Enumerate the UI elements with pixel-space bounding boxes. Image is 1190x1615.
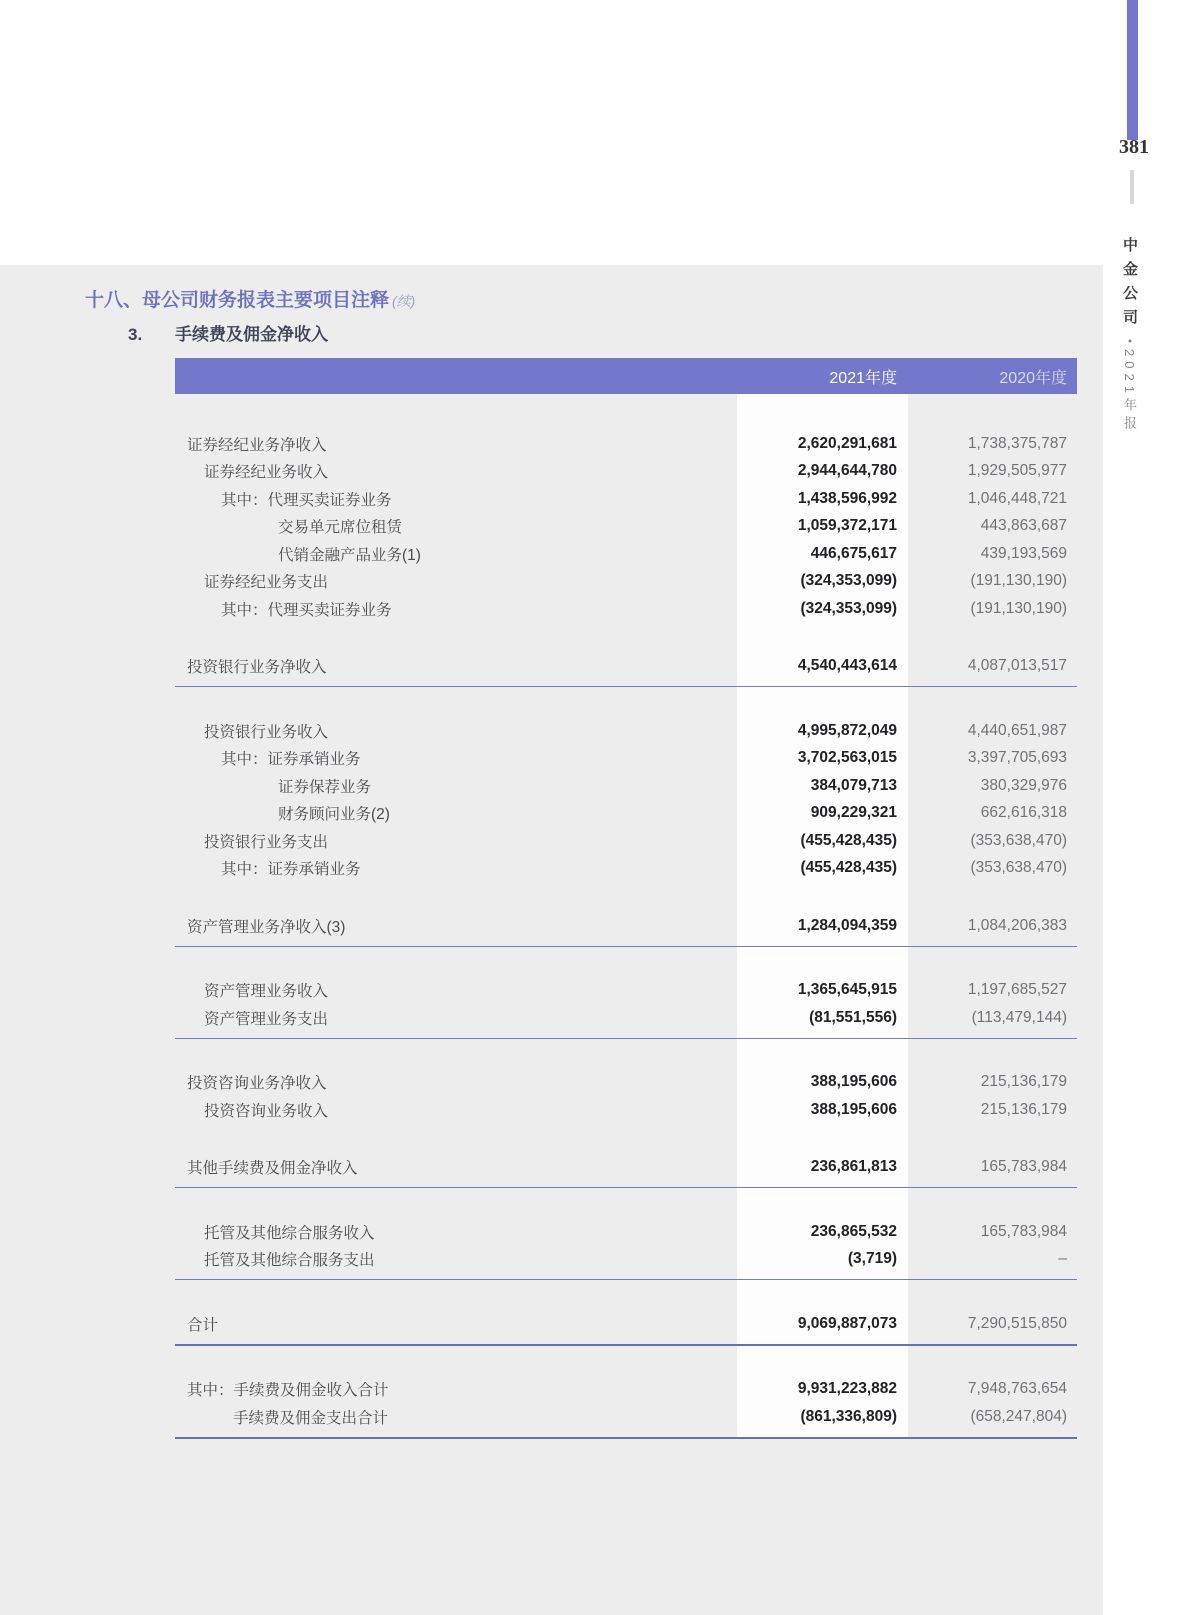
row-label: 其他手续费及佣金净收入	[175, 1156, 737, 1178]
chapter-title-text: 十八、母公司财务报表主要项目注释	[85, 290, 389, 311]
table-row: 交易单元席位租赁 1,059,372,171 443,863,687	[175, 513, 1077, 541]
row-label: 投资银行业务净收入	[175, 655, 737, 677]
value-2021: (455,428,435)	[737, 832, 908, 850]
column-header-2020: 2020年度	[908, 365, 1077, 388]
value-2021: 388,195,606	[737, 1073, 908, 1091]
row-label: 证券经纪业务净收入	[175, 433, 737, 455]
table-row: 投资咨询业务净收入 388,195,606 215,136,179	[175, 1069, 1077, 1097]
value-2021: 2,620,291,681	[737, 435, 908, 453]
page-number: 381	[1108, 136, 1160, 159]
row-label: 合计	[175, 1313, 737, 1335]
table-section: 资产管理业务收入 1,365,645,915 1,197,685,527 资产管…	[175, 977, 1077, 1032]
value-2021: (861,336,809)	[737, 1408, 908, 1426]
value-2021: 1,059,372,171	[737, 517, 908, 535]
value-2021: (3,719)	[737, 1250, 908, 1268]
top-accent-bar	[1127, 0, 1138, 140]
row-label: 证券经纪业务支出	[175, 570, 737, 592]
row-label: 其中：代理买卖证券业务	[175, 598, 737, 620]
value-2021: 9,069,887,073	[737, 1315, 908, 1333]
table-row: 合计 9,069,887,073 7,290,515,850	[175, 1310, 1077, 1338]
chapter-continued-label: (续)	[392, 293, 415, 309]
table-section: 投资银行业务净收入 4,540,443,614 4,087,013,517	[175, 653, 1077, 681]
report-edition: 2021年报	[1120, 349, 1139, 434]
value-2021: (81,551,556)	[737, 1009, 908, 1027]
value-2020: (113,479,144)	[908, 1009, 1077, 1027]
table-rule	[175, 1279, 1077, 1280]
table-section: 投资咨询业务净收入 388,195,606 215,136,179 投资咨询业务…	[175, 1069, 1077, 1124]
table-row: 证券保荐业务 384,079,713 380,329,976	[175, 772, 1077, 800]
table-row: 资产管理业务净收入(3) 1,284,094,359 1,084,206,383	[175, 912, 1077, 940]
value-2020: 1,929,505,977	[908, 462, 1077, 480]
row-label: 其中：证券承销业务	[175, 747, 737, 769]
value-2020: 165,783,984	[908, 1158, 1077, 1176]
value-2020: 443,863,687	[908, 517, 1077, 535]
table-row: 托管及其他综合服务支出 (3,719) –	[175, 1246, 1077, 1274]
table-row: 其中：代理买卖证券业务 (324,353,099) (191,130,190)	[175, 595, 1077, 623]
value-2021: (324,353,099)	[737, 600, 908, 618]
value-2021: 3,702,563,015	[737, 749, 908, 767]
table-row: 代销金融产品业务(1) 446,675,617 439,193,569	[175, 540, 1077, 568]
table-row: 其中：手续费及佣金收入合计 9,931,223,882 7,948,763,65…	[175, 1376, 1077, 1404]
table-row: 证券经纪业务支出 (324,353,099) (191,130,190)	[175, 568, 1077, 596]
row-label: 代销金融产品业务(1)	[175, 543, 737, 565]
section-heading: 3.手续费及佣金净收入	[128, 320, 328, 345]
value-2020: 1,738,375,787	[908, 435, 1077, 453]
value-2020: (191,130,190)	[908, 572, 1077, 590]
side-caption: 中金公司 • 2021年报	[1119, 237, 1140, 537]
dot-separator: •	[1124, 333, 1136, 349]
table-rule	[175, 686, 1077, 687]
row-label: 其中：手续费及佣金收入合计	[175, 1378, 737, 1400]
row-label: 其中：证券承销业务	[175, 857, 737, 879]
table-row: 资产管理业务收入 1,365,645,915 1,197,685,527	[175, 977, 1077, 1005]
row-label: 投资银行业务收入	[175, 720, 737, 742]
value-2020: 165,783,984	[908, 1223, 1077, 1241]
value-2021: (324,353,099)	[737, 572, 908, 590]
chapter-title: 十八、母公司财务报表主要项目注释(续)	[85, 285, 415, 312]
value-2021: 2,944,644,780	[737, 462, 908, 480]
value-2020: 439,193,569	[908, 545, 1077, 563]
value-2021: 388,195,606	[737, 1101, 908, 1119]
value-2021: (455,428,435)	[737, 859, 908, 877]
section-title: 手续费及佣金净收入	[175, 325, 328, 344]
table-row: 证券经纪业务收入 2,944,644,780 1,929,505,977	[175, 458, 1077, 486]
table-section: 合计 9,069,887,073 7,290,515,850	[175, 1310, 1077, 1338]
table-row: 投资银行业务净收入 4,540,443,614 4,087,013,517	[175, 653, 1077, 681]
value-2021: 384,079,713	[737, 777, 908, 795]
table-section: 资产管理业务净收入(3) 1,284,094,359 1,084,206,383	[175, 912, 1077, 940]
row-label: 投资咨询业务净收入	[175, 1071, 737, 1093]
row-label: 投资银行业务支出	[175, 830, 737, 852]
value-2020: 1,046,448,721	[908, 490, 1077, 508]
table-row: 手续费及佣金支出合计 (861,336,809) (658,247,804)	[175, 1403, 1077, 1431]
section-number: 3.	[128, 325, 175, 345]
table-row: 其中：代理买卖证券业务 1,438,596,992 1,046,448,721	[175, 485, 1077, 513]
value-2020: (658,247,804)	[908, 1408, 1077, 1426]
content-panel: 十八、母公司财务报表主要项目注释(续) 3.手续费及佣金净收入 2021年度 2…	[0, 265, 1103, 1615]
row-label: 托管及其他综合服务支出	[175, 1248, 737, 1270]
value-2021: 9,931,223,882	[737, 1380, 908, 1398]
value-2020: 1,197,685,527	[908, 981, 1077, 999]
table-rule	[175, 1344, 1077, 1346]
value-2020: (353,638,470)	[908, 859, 1077, 877]
table-rule	[175, 946, 1077, 947]
table-section: 投资银行业务收入 4,995,872,049 4,440,651,987 其中：…	[175, 717, 1077, 882]
table-rule	[175, 1187, 1077, 1188]
value-2021: 1,284,094,359	[737, 917, 908, 935]
table-row: 投资银行业务支出 (455,428,435) (353,638,470)	[175, 827, 1077, 855]
value-2020: –	[908, 1250, 1077, 1268]
brand-name: 中金公司	[1119, 237, 1140, 333]
table-row: 其他手续费及佣金净收入 236,861,813 165,783,984	[175, 1154, 1077, 1182]
value-2020: (353,638,470)	[908, 832, 1077, 850]
row-label: 证券经纪业务收入	[175, 460, 737, 482]
value-2020: 7,290,515,850	[908, 1315, 1077, 1333]
table-row: 托管及其他综合服务收入 236,865,532 165,783,984	[175, 1218, 1077, 1246]
table-body: 证券经纪业务净收入 2,620,291,681 1,738,375,787 证券…	[175, 430, 1077, 1439]
page-number-tick	[1130, 170, 1134, 204]
table-row: 其中：证券承销业务 (455,428,435) (353,638,470)	[175, 855, 1077, 883]
table-row: 投资银行业务收入 4,995,872,049 4,440,651,987	[175, 717, 1077, 745]
table-header-row: 2021年度 2020年度	[175, 358, 1077, 394]
table-row: 财务顾问业务(2) 909,229,321 662,616,318	[175, 800, 1077, 828]
value-2021: 236,865,532	[737, 1223, 908, 1241]
row-label: 资产管理业务收入	[175, 979, 737, 1001]
value-2020: 3,397,705,693	[908, 749, 1077, 767]
value-2020: 4,087,013,517	[908, 657, 1077, 675]
fee-commission-table: 2021年度 2020年度 证券经纪业务净收入 2,620,291,681 1,…	[175, 358, 1077, 1439]
value-2020: 215,136,179	[908, 1073, 1077, 1091]
value-2021: 4,540,443,614	[737, 657, 908, 675]
value-2021: 236,861,813	[737, 1158, 908, 1176]
table-rule	[175, 1437, 1077, 1439]
table-section: 托管及其他综合服务收入 236,865,532 165,783,984 托管及其…	[175, 1218, 1077, 1273]
row-label: 资产管理业务净收入(3)	[175, 915, 737, 937]
value-2020: 215,136,179	[908, 1101, 1077, 1119]
table-row: 资产管理业务支出 (81,551,556) (113,479,144)	[175, 1004, 1077, 1032]
value-2020: 1,084,206,383	[908, 917, 1077, 935]
value-2020: 4,440,651,987	[908, 722, 1077, 740]
row-label: 其中：代理买卖证券业务	[175, 488, 737, 510]
row-label: 财务顾问业务(2)	[175, 802, 737, 824]
row-label: 资产管理业务支出	[175, 1007, 737, 1029]
value-2021: 1,365,645,915	[737, 981, 908, 999]
table-section: 其中：手续费及佣金收入合计 9,931,223,882 7,948,763,65…	[175, 1376, 1077, 1431]
table-row: 其中：证券承销业务 3,702,563,015 3,397,705,693	[175, 745, 1077, 773]
value-2021: 909,229,321	[737, 804, 908, 822]
value-2020: (191,130,190)	[908, 600, 1077, 618]
table-rule	[175, 1038, 1077, 1039]
table-section: 证券经纪业务净收入 2,620,291,681 1,738,375,787 证券…	[175, 430, 1077, 623]
value-2020: 380,329,976	[908, 777, 1077, 795]
row-label: 投资咨询业务收入	[175, 1099, 737, 1121]
value-2021: 1,438,596,992	[737, 490, 908, 508]
value-2020: 662,616,318	[908, 804, 1077, 822]
column-header-2021: 2021年度	[737, 365, 908, 388]
table-section: 其他手续费及佣金净收入 236,861,813 165,783,984	[175, 1154, 1077, 1182]
table-row: 投资咨询业务收入 388,195,606 215,136,179	[175, 1096, 1077, 1124]
value-2021: 446,675,617	[737, 545, 908, 563]
row-label: 证券保荐业务	[175, 775, 737, 797]
row-label: 交易单元席位租赁	[175, 515, 737, 537]
value-2020: 7,948,763,654	[908, 1380, 1077, 1398]
table-row: 证券经纪业务净收入 2,620,291,681 1,738,375,787	[175, 430, 1077, 458]
row-label: 托管及其他综合服务收入	[175, 1221, 737, 1243]
value-2021: 4,995,872,049	[737, 722, 908, 740]
row-label: 手续费及佣金支出合计	[175, 1406, 737, 1428]
